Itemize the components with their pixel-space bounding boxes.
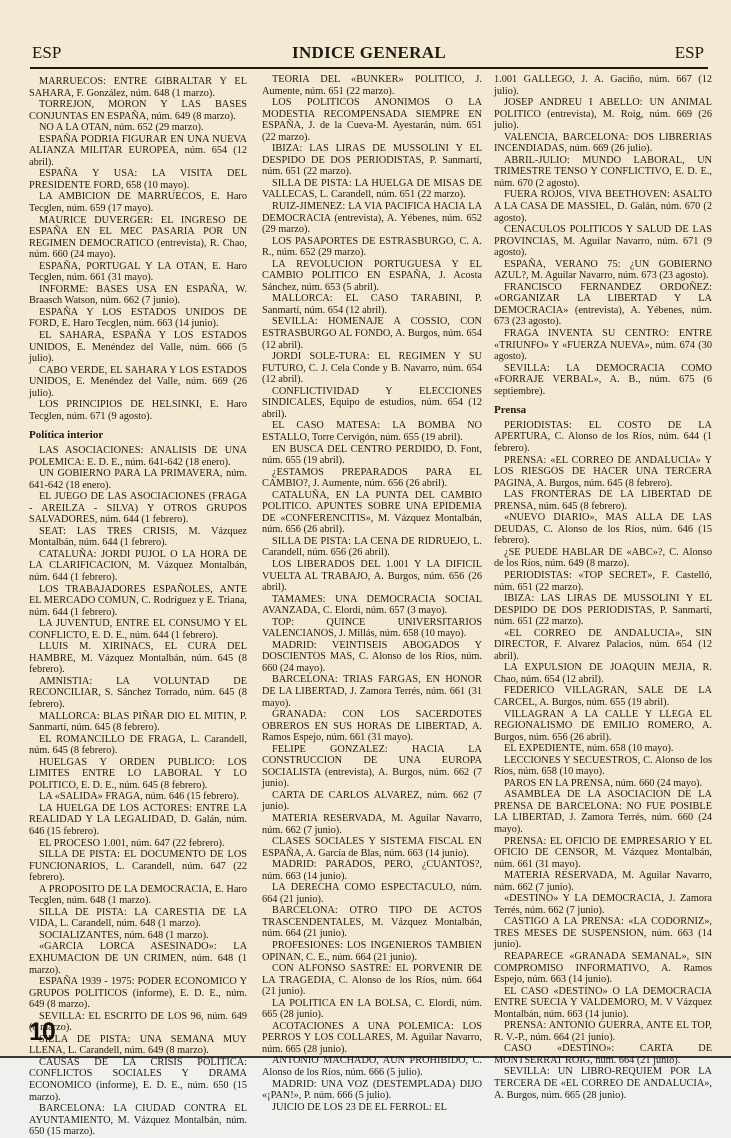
header-right-label: ESP [675, 43, 704, 63]
index-entry: GRANADA: CON LOS SACERDOTES OBREROS EN S… [262, 709, 482, 744]
index-column-3: 1.001 GALLEGO, J. A. Gaciño, núm. 667 (1… [494, 74, 712, 1071]
index-entry: NO A LA OTAN, núm. 652 (29 marzo). [29, 122, 247, 134]
index-entry: JORDI SOLE-TURA: EL REGIMEN Y SU FUTURO,… [262, 351, 482, 386]
index-entry: PRENSA: ANTONIO GUERRA, ANTE EL TOP, R. … [494, 1020, 712, 1043]
index-entry: PAROS EN LA PRENSA, núm. 660 (24 mayo). [494, 778, 712, 790]
index-entry: PERIODISTAS: «TOP SECRET», F. Castelló, … [494, 570, 712, 593]
index-entry: MALLORCA: BLAS PIÑAR DIO EL MITIN, P. Sa… [29, 711, 247, 734]
magazine-page: ESP INDICE GENERAL ESP MARRUECOS: ENTRE … [0, 0, 731, 1058]
index-entry: CON ALFONSO SASTRE: EL PORVENIR DE LA TR… [262, 963, 482, 998]
index-entry: REAPARECE «GRANADA SEMANAL», SIN COMPROM… [494, 951, 712, 986]
index-entry: PROFESIONES: LOS INGENIEROS TAMBIEN OPIN… [262, 940, 482, 963]
index-entry: FEDERICO VILLAGRAN, SALE DE LA CARCEL, A… [494, 685, 712, 708]
index-entry: ¿SE PUEDE HABLAR DE «ABC»?, C. Alonso de… [494, 547, 712, 570]
index-entry: ANTONIO MACHADO, AUN PROHIBIDO, C. Alons… [262, 1055, 482, 1071]
index-entry: SILLA DE PISTA: LA HUELGA DE MISAS DE VA… [262, 178, 482, 201]
index-entry: PERIODISTAS: EL COSTO DE LA APERTURA, C.… [494, 420, 712, 455]
index-entry: EL SAHARA, ESPAÑA Y LOS ESTADOS UNIDOS, … [29, 330, 247, 365]
index-entry: MAURICE DUVERGER: EL INGRESO DE ESPAÑA E… [29, 215, 247, 261]
index-entry: VALENCIA, BARCELONA: DOS LIBRERIAS INCEN… [494, 132, 712, 155]
index-entry: SEVILLA: HOMENAJE A COSSIO, CON ESTRASBU… [262, 316, 482, 351]
index-entry: LOS POLITICOS ANONIMOS O LA MODESTIA REC… [262, 97, 482, 143]
index-entry: LA DERECHA COMO ESPECTACULO, núm. 664 (2… [262, 882, 482, 905]
index-entry: ESPAÑA, PORTUGAL Y LA OTAN, E. Haro Tecg… [29, 261, 247, 284]
index-entry: JOSEP ANDREU I ABELLO: UN ANIMAL POLITIC… [494, 97, 712, 132]
index-entry: VILLAGRAN A LA CALLE Y LLEGA EL REGIONAL… [494, 709, 712, 744]
section-heading: Política interior [29, 430, 247, 442]
index-entry: TOP: QUINCE UNIVERSITARIOS VALENCIANOS, … [262, 617, 482, 640]
index-entry: ESPAÑA Y LOS ESTADOS UNIDOS DE FORD, E. … [29, 307, 247, 330]
index-entry: LOS TRABAJADORES ESPAÑOLES, ANTE EL MERC… [29, 584, 247, 619]
index-entry: EL ROMANCILLO DE FRAGA, L. Carandell, nú… [29, 734, 247, 757]
index-entry: EL CASO MATESA: LA BOMBA NO ESTALLO, Tor… [262, 420, 482, 443]
index-entry: CASO «DESTINO»: CARTA DE MONTSERRAT ROIG… [494, 1043, 712, 1066]
index-entry: LA EXPULSION DE JOAQUIN MEJIA, R. Chao, … [494, 662, 712, 685]
index-entry: CABO VERDE, EL SAHARA Y LOS ESTADOS UNID… [29, 365, 247, 400]
index-entry: SILLA DE PISTA: LA CARESTIA DE LA VIDA, … [29, 907, 247, 930]
index-column-1: MARRUECOS: ENTRE GIBRALTAR Y EL SAHARA, … [29, 76, 247, 1071]
index-entry: «DESTINO» Y LA DEMOCRACIA, J. Zamora Ter… [494, 893, 712, 916]
section-heading: Prensa [494, 405, 712, 417]
header-rule [30, 67, 708, 69]
index-entry: LA «SALIDA» FRAGA, núm. 646 (15 febrero)… [29, 791, 247, 803]
index-entry: CAUSAS DE LA CRISIS POLITICA: CONFLICTOS… [29, 1057, 247, 1071]
index-entry: SILLA DE PISTA: UNA SEMANA MUY LLENA, L.… [29, 1034, 247, 1057]
index-entry: PRENSA: EL OFICIO DE EMPRESARIO Y EL OFI… [494, 836, 712, 871]
index-entry: ESPAÑA Y USA: LA VISITA DEL PRESIDENTE F… [29, 168, 247, 191]
index-entry: FELIPE GONZALEZ: HACIA LA CONSTRUCCION D… [262, 744, 482, 790]
index-entry: LA POLITICA EN LA BOLSA, C. Elordi, núm.… [262, 998, 482, 1021]
index-entry: LA AMBICION DE MARRUECOS, E. Haro Tecgle… [29, 191, 247, 214]
index-entry: ASAMBLEA DE LA ASOCIACION DE LA PRENSA D… [494, 789, 712, 835]
index-entry: INFORME: BASES USA EN ESPAÑA, W. Braasch… [29, 284, 247, 307]
index-entry: CASTIGO A LA PRENSA: «LA CODORNIZ», TRES… [494, 916, 712, 951]
index-entry: ESPAÑA, VERANO 75: ¿UN GOBIERNO AZUL?, M… [494, 259, 712, 282]
index-entry: CONFLICTIVIDAD Y ELECCIONES SINDICALES, … [262, 386, 482, 421]
index-entry: EL CASO «DESTINO» O LA DEMOCRACIA ENTRE … [494, 986, 712, 1021]
index-entry: IBIZA: LAS LIRAS DE MUSSOLINI Y EL DESPI… [262, 143, 482, 178]
index-entry: ESPAÑA PODRIA FIGURAR EN UNA NUEVA ALIAN… [29, 134, 247, 169]
index-entry: EN BUSCA DEL CENTRO PERDIDO, D. Font, nú… [262, 444, 482, 467]
index-entry: 1.001 GALLEGO, J. A. Gaciño, núm. 667 (1… [494, 74, 712, 97]
index-entry: «EL CORREO DE ANDALUCIA», SIN DIRECTOR, … [494, 628, 712, 663]
index-entry: TORREJON, MORON Y LAS BASES CONJUNTAS EN… [29, 99, 247, 122]
index-entry: MADRID: PARADOS, PERO, ¿CUANTOS?, núm. 6… [262, 859, 482, 882]
index-entry: SILLA DE PISTA: LA CENA DE RIDRUEJO, L. … [262, 536, 482, 559]
page-number: 10 [29, 1018, 55, 1047]
index-entry: CARTA DE CARLOS ALVAREZ, núm. 662 (7 jun… [262, 790, 482, 813]
index-entry: TEORIA DEL «BUNKER» POLITICO, J. Aumente… [262, 74, 482, 97]
index-entry: ACOTACIONES A UNA POLEMICA: LOS PERROS Y… [262, 1021, 482, 1056]
index-entry: FRAGA INVENTA SU CENTRO: ENTRE «TRIUNFO»… [494, 328, 712, 363]
index-entry: CATALUÑA: JORDI PUJOL O LA HORA DE LA CL… [29, 549, 247, 584]
index-entry: SEVILLA: LA DEMOCRACIA COMO «FORRAJE VER… [494, 363, 712, 398]
index-entry: LAS ASOCIACIONES: ANALISIS DE UNA POLEMI… [29, 445, 247, 468]
index-entry: LA JUVENTUD, ENTRE EL CONSUMO Y EL CONFL… [29, 618, 247, 641]
index-entry: ¿ESTAMOS PREPARADOS PARA EL CAMBIO?, J. … [262, 467, 482, 490]
index-entry: RUIZ-JIMENEZ: LA VIA PACIFICA HACIA LA D… [262, 201, 482, 236]
index-entry: MATERIA RESERVADA, M. Aguilar Navarro, n… [494, 870, 712, 893]
index-entry: ABRIL-JULIO: MUNDO LABORAL, UN TRIMESTRE… [494, 155, 712, 190]
index-entry: CATALUÑA, EN LA PUNTA DEL CAMBIO POLITIC… [262, 490, 482, 536]
page-title: INDICE GENERAL [30, 43, 708, 63]
index-entry: PRENSA: «EL CORREO DE ANDALUCIA» Y LOS R… [494, 455, 712, 490]
index-entry: BARCELONA: OTRO TIPO DE ACTOS TRASCENDEN… [262, 905, 482, 940]
index-entry: SEVILLA: UN LIBRO-REQUIEM POR LA TERCERA… [494, 1066, 712, 1071]
index-entry: LA REVOLUCION PORTUGUESA Y EL CAMBIO POL… [262, 259, 482, 294]
index-entry: LECCIONES Y SECUESTROS, C. Alonso de los… [494, 755, 712, 778]
index-entry: CENACULOS POLITICOS Y SALUD DE LAS PROVI… [494, 224, 712, 259]
index-entry: MADRID: VEINTISEIS ABOGADOS Y DOSCIENTOS… [262, 640, 482, 675]
index-entry: LOS PRINCIPIOS DE HELSINKI, E. Haro Tecg… [29, 399, 247, 422]
page-header: ESP INDICE GENERAL ESP [30, 40, 708, 68]
index-entry: EL PROCESO 1.001, núm. 647 (22 febrero). [29, 838, 247, 850]
index-entry: SEVILLA: EL ESCRITO DE LOS 96, núm. 649 … [29, 1011, 247, 1034]
index-entry: ESPAÑA 1939 - 1975: PODER ECONOMICO Y GR… [29, 976, 247, 1011]
index-entry: AMNISTIA: LA VOLUNTAD DE RECONCILIAR, S.… [29, 676, 247, 711]
index-entry: TAMAMES: UNA DEMOCRACIA SOCIAL AVANZADA,… [262, 594, 482, 617]
index-entry: LAS FRONTERAS DE LA LIBERTAD DE PRENSA, … [494, 489, 712, 512]
index-entry: MARRUECOS: ENTRE GIBRALTAR Y EL SAHARA, … [29, 76, 247, 99]
index-entry: UN GOBIERNO PARA LA PRIMAVERA, núm. 641-… [29, 468, 247, 491]
index-entry: HUELGAS Y ORDEN PUBLICO: LOS LIMITES ENT… [29, 757, 247, 792]
index-entry: FUERA ROJOS, VIVA BEETHOVEN: ASALTO A LA… [494, 189, 712, 224]
index-entry: SEAT: LAS TRES CRISIS, M. Vázquez Montal… [29, 526, 247, 549]
index-entry: IBIZA: LAS LIRAS DE MUSSOLINI Y EL DESPI… [494, 593, 712, 628]
index-entry: SOCIALIZANTES, núm. 648 (1 marzo). [29, 930, 247, 942]
index-entry: LA HUELGA DE LOS ACTORES: ENTRE LA REALI… [29, 803, 247, 838]
index-entry: MALLORCA: EL CASO TARABINI, P. Sanmartí,… [262, 293, 482, 316]
index-entry: «GARCIA LORCA ASESINADO»: LA EXHUMACION … [29, 941, 247, 976]
index-entry: EL EXPEDIENTE, núm. 658 (10 mayo). [494, 743, 712, 755]
index-entry: FRANCISCO FERNANDEZ ORDOÑEZ: «ORGANIZAR … [494, 282, 712, 328]
index-entry: LLUIS M. XIRINACS, EL CURA DEL HAMBRE, M… [29, 641, 247, 676]
index-entry: SILLA DE PISTA: EL DOCUMENTO DE LOS FUNC… [29, 849, 247, 884]
index-entry: CLASES SOCIALES Y SISTEMA FISCAL EN ESPA… [262, 836, 482, 859]
index-column-2: TEORIA DEL «BUNKER» POLITICO, J. Aumente… [262, 74, 482, 1071]
index-entry: A PROPOSITO DE LA DEMOCRACIA, E. Haro Te… [29, 884, 247, 907]
index-entry: LOS LIBERADOS DEL 1.001 Y LA DIFICIL VUE… [262, 559, 482, 594]
index-entry: BARCELONA: TRIAS FARGAS, EN HONOR DE LA … [262, 674, 482, 709]
index-entry: LOS PASAPORTES DE ESTRASBURGO, C. A. R.,… [262, 236, 482, 259]
index-entry: MATERIA RESERVADA, M. Aguilar Navarro, n… [262, 813, 482, 836]
index-entry: «NUEVO DIARIO», MAS ALLA DE LAS DEUDAS, … [494, 512, 712, 547]
index-entry: EL JUEGO DE LAS ASOCIACIONES (FRAGA - AR… [29, 491, 247, 526]
